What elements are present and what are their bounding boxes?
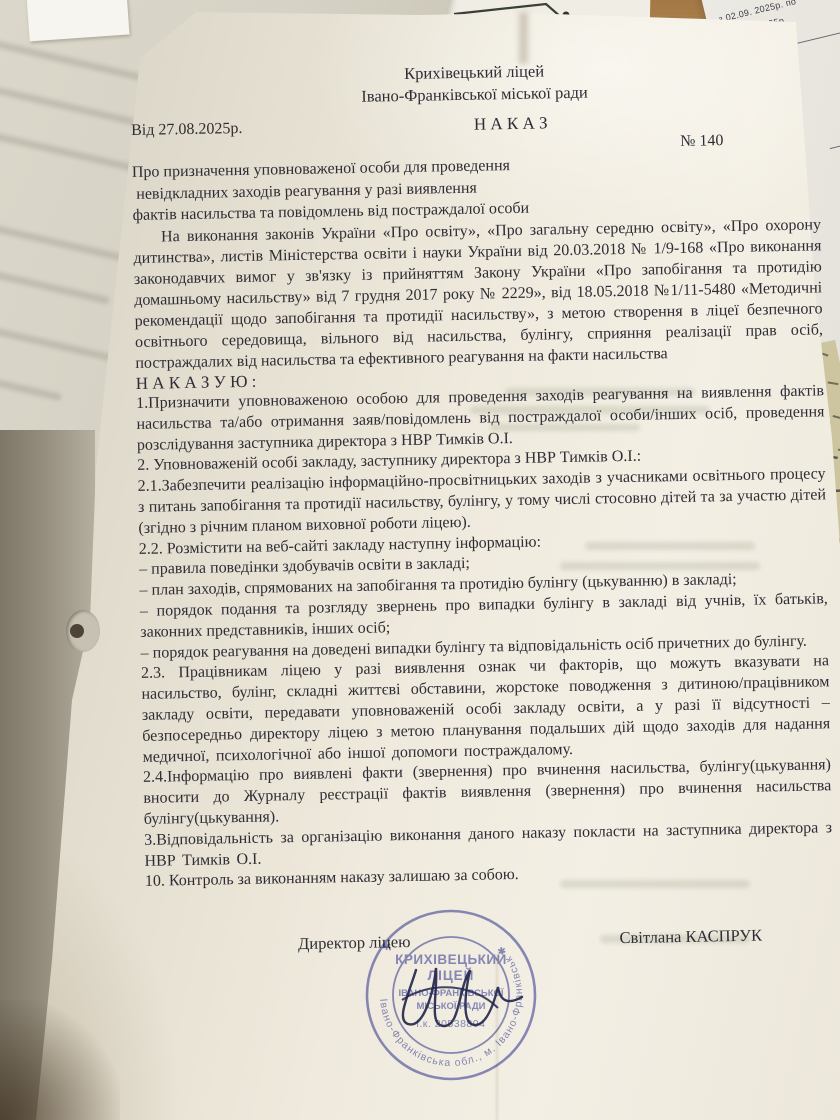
- corner-shadow: [0, 1000, 120, 1120]
- order-item-2-3: 2.3. Працівникам ліцею у разі виявлення …: [141, 652, 831, 769]
- signatory-name: Світлана КАСПРУК: [619, 926, 762, 949]
- director-signature: [380, 948, 560, 1038]
- ghost-text-streak: [0, 257, 110, 304]
- paper-scrap: [27, 0, 130, 41]
- paper-crease: [519, 12, 528, 64]
- binder-pin: [70, 624, 84, 638]
- document-body: Крихівецький ліцей Івано-Франківської мі…: [130, 55, 834, 957]
- preamble-paragraph: На виконання законів України «Про освіту…: [133, 214, 824, 374]
- table-line: [830, 92, 840, 149]
- order-date: Від 27.08.2025р.: [131, 119, 243, 142]
- ghost-text-streak: [0, 358, 62, 401]
- binder-punch-hole: [66, 610, 100, 652]
- photo-of-order-document: з 02.09. 2025р. по 30.09.2025р. сума ння…: [0, 0, 840, 1120]
